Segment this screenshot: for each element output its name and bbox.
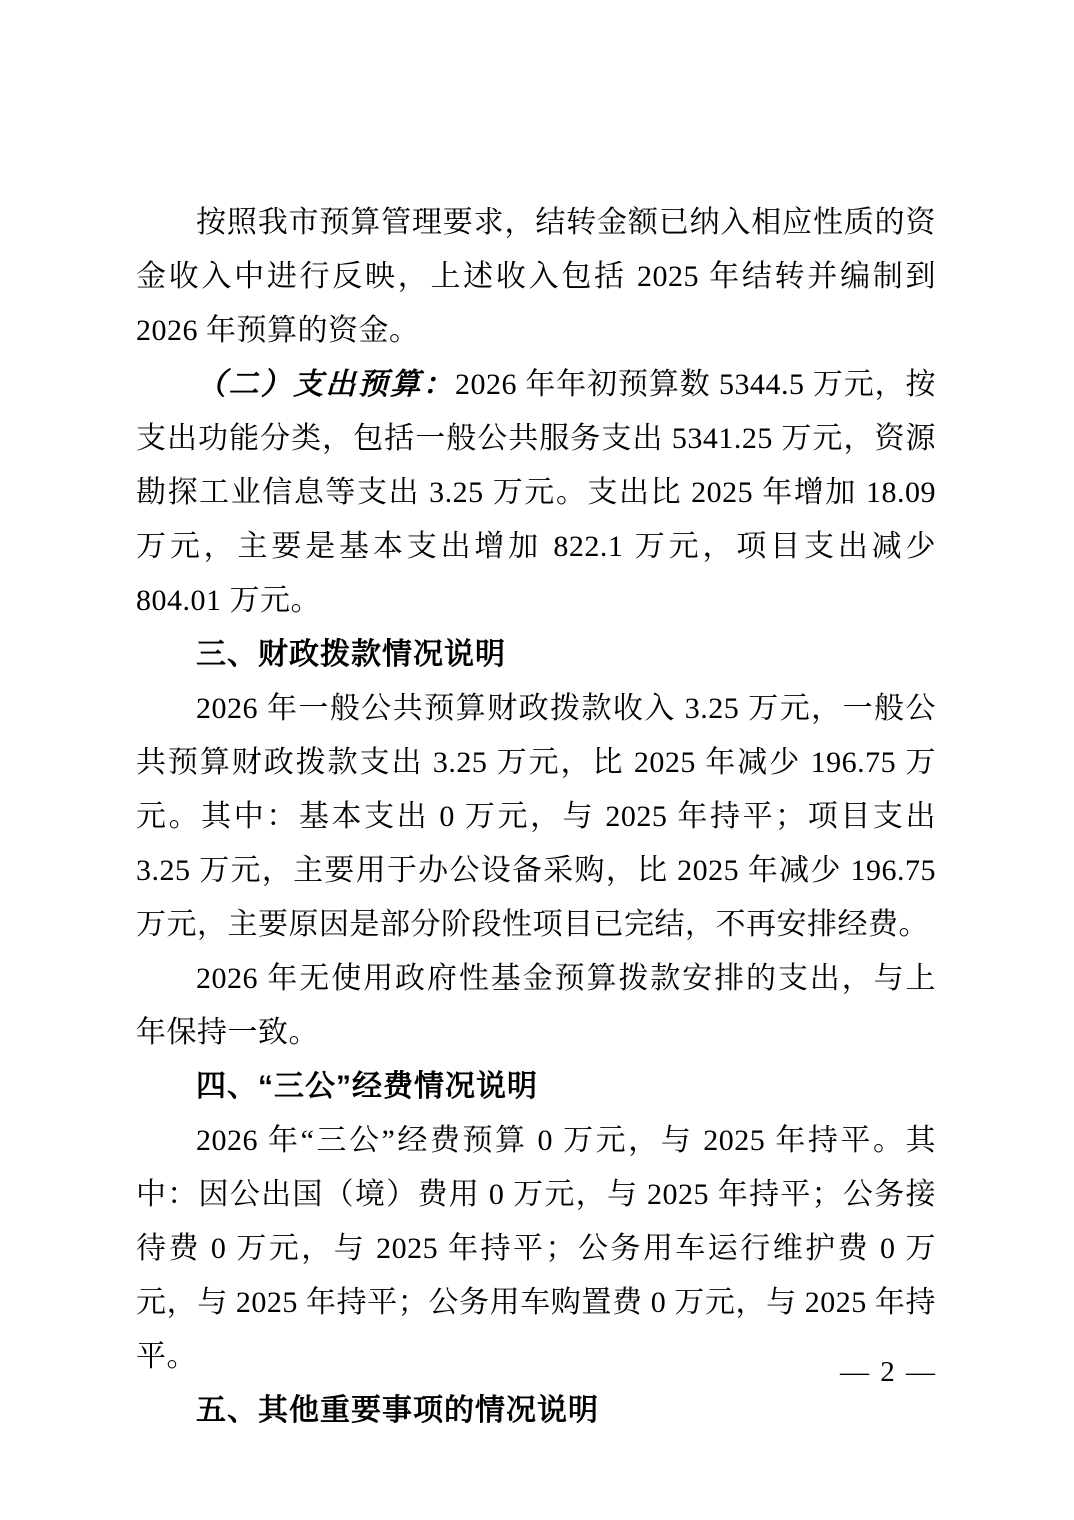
body-paragraph-fiscal-appropriation-detail: 2026 年一般公共预算财政拨款收入 3.25 万元，一般公共预算财政拨款支出 … [136,682,936,952]
page-number: — 2 — [840,1355,937,1389]
paragraph-text: 2026 年年初预算数 5344.5 万元，按支出功能分类，包括一般公共服务支出… [136,368,936,617]
document-page: 按照我市预算管理要求，结转金额已纳入相应性质的资金收入中进行反映，上述收入包括 … [0,0,1074,1520]
body-paragraph-carryover-funds: 按照我市预算管理要求，结转金额已纳入相应性质的资金收入中进行反映，上述收入包括 … [136,196,936,358]
body-paragraph-three-public-expenses-detail: 2026 年“三公”经费预算 0 万元，与 2025 年持平。其中：因公出国（境… [136,1114,936,1384]
heading-section-3-fiscal-appropriation: 三、财政拨款情况说明 [136,628,936,682]
heading-section-5-other-important-matters: 五、其他重要事项的情况说明 [136,1384,936,1438]
body-paragraph-expenditure-budget: （二）支出预算：2026 年年初预算数 5344.5 万元，按支出功能分类，包括… [136,358,936,628]
document-body: 按照我市预算管理要求，结转金额已纳入相应性质的资金收入中进行反映，上述收入包括 … [136,196,936,1438]
subsection-label-expenditure-budget: （二）支出预算： [196,368,455,401]
body-paragraph-government-fund: 2026 年无使用政府性基金预算拨款安排的支出，与上年保持一致。 [136,952,936,1060]
heading-section-4-three-public-expenses: 四、“三公”经费情况说明 [136,1060,936,1114]
